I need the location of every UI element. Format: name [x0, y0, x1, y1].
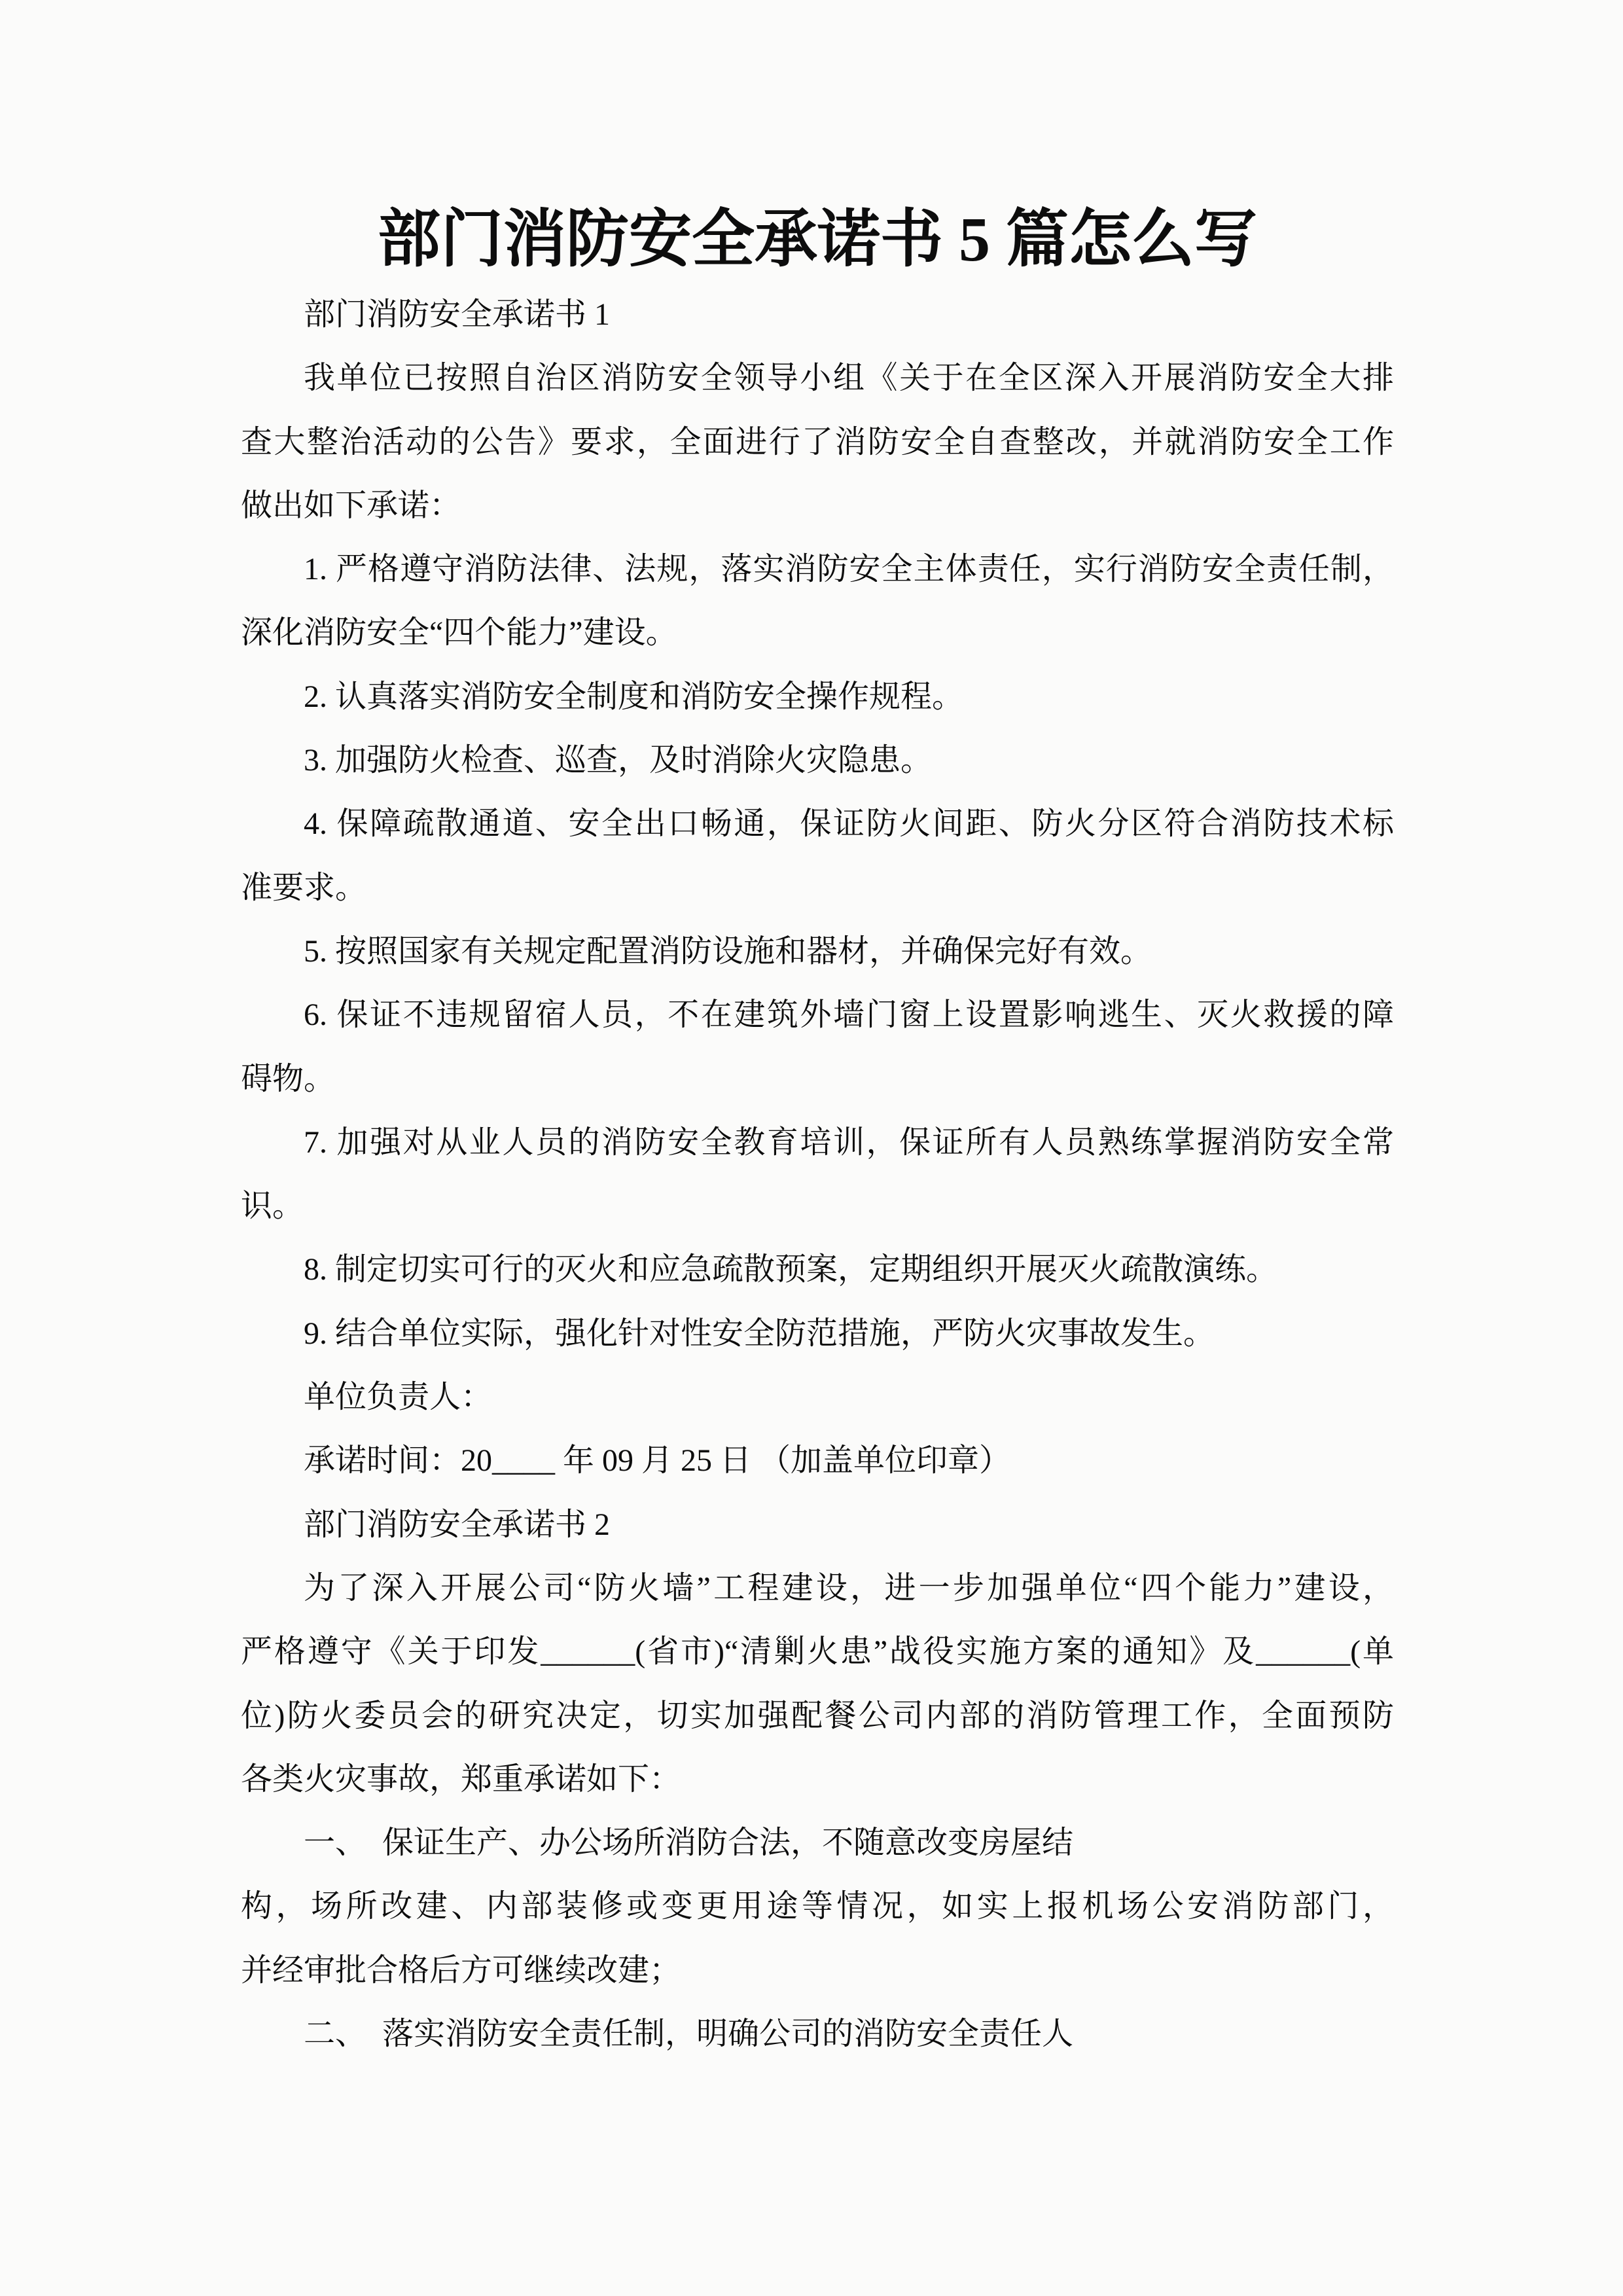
text-line: 一、 保证生产、办公场所消防合法，不随意改变房屋结	[241, 1811, 1394, 1874]
text-line: 位)防火委员会的研究决定，切实加强配餐公司内部的消防管理工作，全面预防	[241, 1684, 1394, 1748]
text-line: 2. 认真落实消防安全制度和消防安全操作规程。	[241, 665, 1394, 728]
document-body: 部门消防安全承诺书 1我单位已按照自治区消防安全领导小组《关于在全区深入开展消防…	[241, 283, 1394, 2066]
text-line: 做出如下承诺：	[241, 474, 1394, 537]
text-line: 严格遵守《关于印发______(省市)“清剿火患”战役实施方案的通知》及____…	[241, 1620, 1394, 1683]
text-line: 为了深入开展公司“防火墙”工程建设，进一步加强单位“四个能力”建设，	[241, 1556, 1394, 1620]
document-title: 部门消防安全承诺书 5 篇怎么写	[241, 196, 1394, 283]
text-line: 各类火灾事故，郑重承诺如下：	[241, 1748, 1394, 1811]
document-content: 部门消防安全承诺书 5 篇怎么写 部门消防安全承诺书 1我单位已按照自治区消防安…	[241, 196, 1394, 2066]
text-line: 准要求。	[241, 856, 1394, 920]
document-page: 部门消防安全承诺书 5 篇怎么写 部门消防安全承诺书 1我单位已按照自治区消防安…	[0, 0, 1623, 2296]
text-line: 承诺时间：20____ 年 09 月 25 日 （加盖单位印章）	[241, 1429, 1394, 1492]
text-line: 5. 按照国家有关规定配置消防设施和器材，并确保完好有效。	[241, 920, 1394, 983]
text-line: 二、 落实消防安全责任制，明确公司的消防安全责任人	[241, 2002, 1394, 2066]
text-line: 单位负责人：	[241, 1365, 1394, 1429]
text-line: 9. 结合单位实际，强化针对性安全防范措施，严防火灾事故发生。	[241, 1302, 1394, 1365]
text-line: 构，场所改建、内部装修或变更用途等情况，如实上报机场公安消防部门，	[241, 1874, 1394, 1938]
text-line: 深化消防安全“四个能力”建设。	[241, 601, 1394, 664]
text-line: 1. 严格遵守消防法律、法规，落实消防安全主体责任，实行消防安全责任制，	[241, 537, 1394, 601]
text-line: 4. 保障疏散通道、安全出口畅通，保证防火间距、防火分区符合消防技术标	[241, 792, 1394, 855]
text-line: 查大整治活动的公告》要求，全面进行了消防安全自查整改，并就消防安全工作	[241, 410, 1394, 474]
text-line: 6. 保证不违规留宿人员，不在建筑外墙门窗上设置影响逃生、灭火救援的障	[241, 983, 1394, 1047]
text-line: 识。	[241, 1174, 1394, 1238]
text-line: 碍物。	[241, 1047, 1394, 1111]
text-line: 并经审批合格后方可继续改建；	[241, 1939, 1394, 2002]
text-line: 部门消防安全承诺书 2	[241, 1493, 1394, 1556]
text-line: 我单位已按照自治区消防安全领导小组《关于在全区深入开展消防安全大排	[241, 346, 1394, 410]
text-line: 8. 制定切实可行的灭火和应急疏散预案，定期组织开展灭火疏散演练。	[241, 1238, 1394, 1301]
text-line: 部门消防安全承诺书 1	[241, 283, 1394, 346]
text-line: 7. 加强对从业人员的消防安全教育培训，保证所有人员熟练掌握消防安全常	[241, 1111, 1394, 1174]
text-line: 3. 加强防火检查、巡查，及时消除火灾隐患。	[241, 728, 1394, 792]
